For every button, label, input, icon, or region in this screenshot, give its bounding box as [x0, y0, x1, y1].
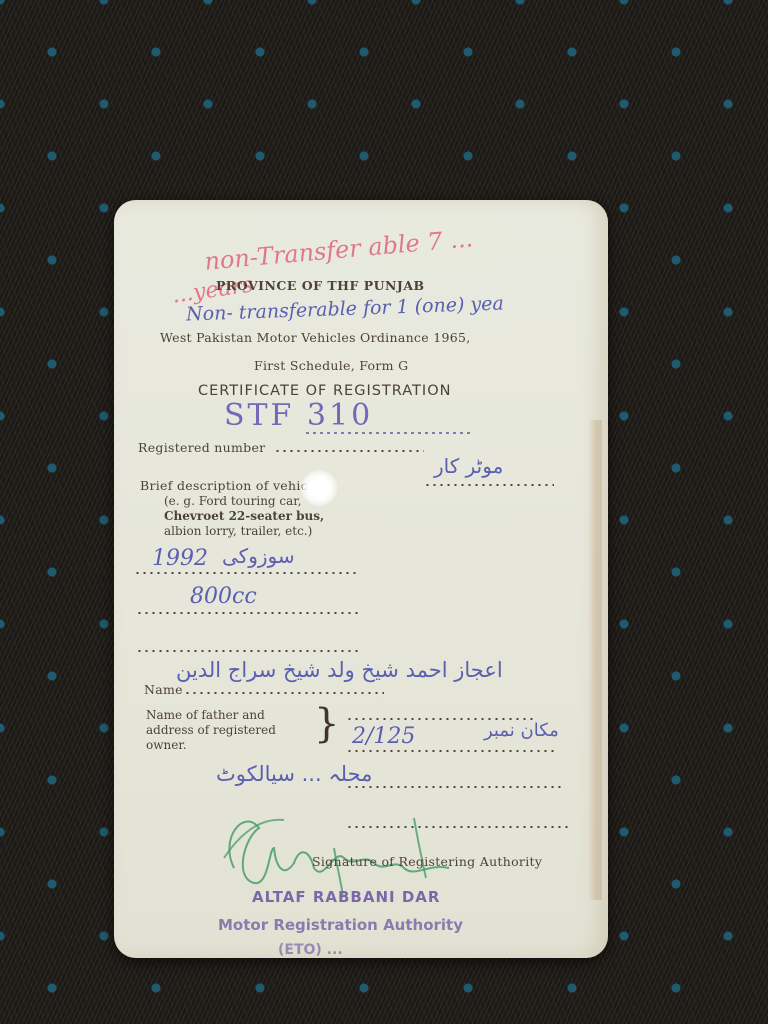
signature-label: Signature of Registering Authority — [312, 854, 542, 869]
address-number: 2/125 — [352, 724, 415, 749]
name-label: Name — [144, 682, 183, 697]
address-line1-urdu: مکان نمبر — [484, 720, 559, 741]
registered-number-value: STF 310 — [224, 398, 373, 433]
province-title: PROVINCE OF THF PUNJAB — [216, 278, 425, 293]
red-annotation-line1: non-Transfer able 7 ... — [203, 224, 474, 275]
certificate-title: CERTIFICATE OF REGISTRATION — [198, 383, 451, 399]
stamp-name: ALTAF RABBANI DAR — [252, 888, 440, 906]
father-label-line3: owner. — [146, 738, 187, 753]
registered-number-label: Registered number — [138, 440, 265, 455]
example-line1: (e. g. Ford touring car, — [164, 494, 302, 509]
model-year: 1992 — [152, 546, 208, 571]
registered-number-dots — [274, 450, 424, 452]
name-dots — [184, 692, 384, 694]
example-line2: Chevroet 22-seater bus, — [164, 509, 324, 524]
father-dots-3 — [346, 786, 561, 788]
brief-description-label: Brief description of vehicle. — [140, 478, 324, 493]
father-label-line1: Name of father and — [146, 708, 265, 723]
brace-symbol: } — [314, 704, 339, 744]
stamp-title: Motor Registration Authority — [218, 916, 463, 934]
vehicle-description-urdu: موٹر کار — [434, 454, 503, 478]
registered-number-dots-stamp — [304, 432, 474, 434]
brief-description-text: Brief description of vehicle. — [140, 478, 324, 493]
owner-name-urdu: اعجاز احمد شیخ ولد شیخ سراج الدین — [176, 658, 503, 682]
example-line3: albion lorry, trailer, etc.) — [164, 524, 312, 539]
schedule-line: First Schedule, Form G — [254, 358, 408, 373]
light-glare — [300, 470, 338, 506]
stamp-office: (ETO) ... — [278, 942, 343, 958]
ordinance-line: West Pakistan Motor Vehicles Ordinance 1… — [160, 330, 471, 345]
engine-capacity: 800cc — [190, 584, 257, 609]
blank-dots — [136, 650, 358, 652]
model-make-urdu: سوزوکی — [222, 544, 295, 568]
edge-wear — [588, 420, 602, 900]
registration-card: non-Transfer able 7 ... ...years PROVINC… — [114, 200, 608, 958]
address-line2-urdu: محلہ ... سیالکوٹ — [216, 762, 372, 786]
father-dots-2 — [346, 750, 556, 752]
description-dots — [424, 484, 554, 486]
green-signature — [214, 808, 464, 898]
model-dots — [134, 572, 356, 574]
engine-dots — [136, 612, 358, 614]
father-label-line2: address of registered — [146, 723, 276, 738]
